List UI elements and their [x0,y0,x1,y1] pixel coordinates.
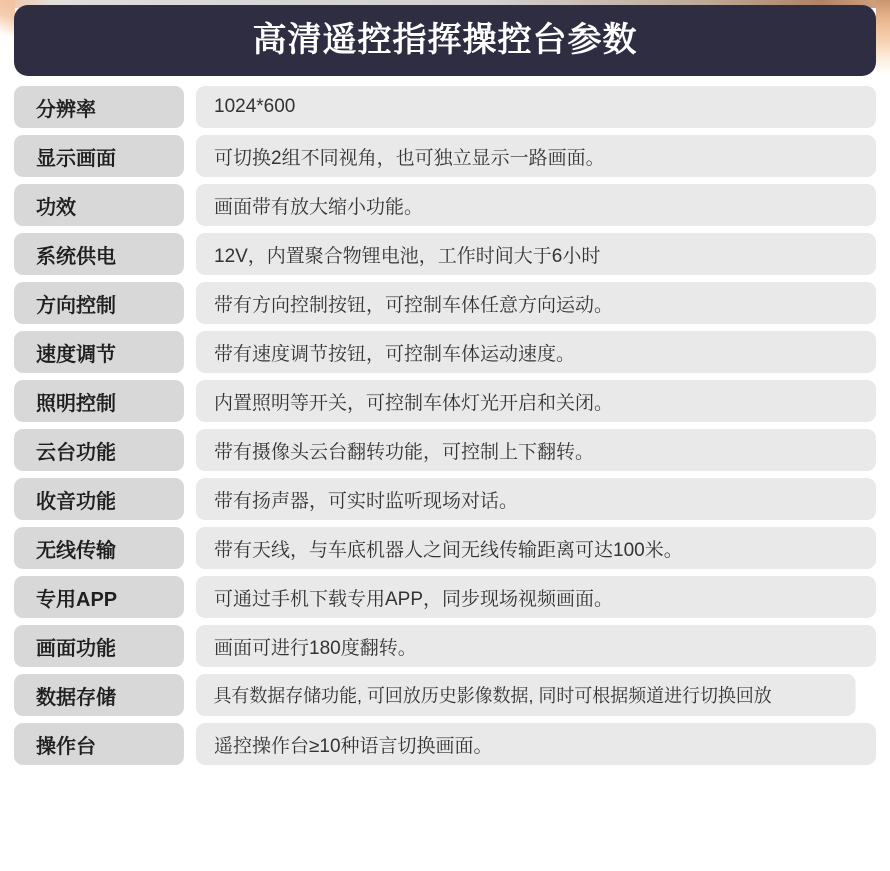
table-row: 无线传输 带有天线，与车底机器人之间无线传输距离可达100米。 [14,527,876,569]
spec-value: 具有数据存储功能, 可回放历史影像数据, 同时可根据频道进行切换回放 [196,674,856,716]
spec-value: 12V，内置聚合物锂电池，工作时间大于6小时 [196,233,876,275]
photo-crop-left-corner [0,0,15,58]
spec-label: 专用APP [14,576,184,618]
spec-value: 遥控操作台≥10种语言切换画面。 [196,723,876,765]
table-row: 画面功能 画面可进行180度翻转。 [14,625,876,667]
table-row: 操作台 遥控操作台≥10种语言切换画面。 [14,723,876,765]
table-row: 系统供电 12V，内置聚合物锂电池，工作时间大于6小时 [14,233,876,275]
spec-label: 速度调节 [14,331,184,373]
spec-label: 无线传输 [14,527,184,569]
spec-sheet-page: 高清遥控指挥操控台参数 分辨率 1024*600 显示画面 可切换2组不同视角，… [0,0,890,871]
table-row: 专用APP 可通过手机下载专用APP，同步现场视频画面。 [14,576,876,618]
table-row: 显示画面 可切换2组不同视角，也可独立显示一路画面。 [14,135,876,177]
header-banner: 高清遥控指挥操控台参数 [14,5,876,76]
spec-label: 云台功能 [14,429,184,471]
spec-label: 分辨率 [14,86,184,128]
spec-label: 收音功能 [14,478,184,520]
spec-value: 带有摄像头云台翻转功能，可控制上下翻转。 [196,429,876,471]
spec-value: 可切换2组不同视角，也可独立显示一路画面。 [196,135,876,177]
table-row: 分辨率 1024*600 [14,86,876,128]
spec-value: 可通过手机下载专用APP，同步现场视频画面。 [196,576,876,618]
spec-value: 内置照明等开关，可控制车体灯光开启和关闭。 [196,380,876,422]
spec-value: 画面可进行180度翻转。 [196,625,876,667]
table-row: 收音功能 带有扬声器，可实时监听现场对话。 [14,478,876,520]
spec-table: 分辨率 1024*600 显示画面 可切换2组不同视角，也可独立显示一路画面。 … [14,86,876,772]
spec-label: 照明控制 [14,380,184,422]
table-row: 功效 画面带有放大缩小功能。 [14,184,876,226]
spec-value: 画面带有放大缩小功能。 [196,184,876,226]
spec-value: 1024*600 [196,86,876,128]
spec-value: 带有方向控制按钮，可控制车体任意方向运动。 [196,282,876,324]
spec-value: 带有天线，与车底机器人之间无线传输距离可达100米。 [196,527,876,569]
table-row: 数据存储 具有数据存储功能, 可回放历史影像数据, 同时可根据频道进行切换回放 [14,674,876,716]
spec-label: 操作台 [14,723,184,765]
table-row: 云台功能 带有摄像头云台翻转功能，可控制上下翻转。 [14,429,876,471]
spec-label: 功效 [14,184,184,226]
photo-crop-right-edge [876,0,890,78]
spec-label: 方向控制 [14,282,184,324]
spec-label: 画面功能 [14,625,184,667]
spec-value: 带有扬声器，可实时监听现场对话。 [196,478,876,520]
page-title: 高清遥控指挥操控台参数 [253,23,638,59]
table-row: 方向控制 带有方向控制按钮，可控制车体任意方向运动。 [14,282,876,324]
spec-label: 数据存储 [14,674,184,716]
spec-label: 显示画面 [14,135,184,177]
table-row: 照明控制 内置照明等开关，可控制车体灯光开启和关闭。 [14,380,876,422]
table-row: 速度调节 带有速度调节按钮，可控制车体运动速度。 [14,331,876,373]
spec-value: 带有速度调节按钮，可控制车体运动速度。 [196,331,876,373]
spec-label: 系统供电 [14,233,184,275]
